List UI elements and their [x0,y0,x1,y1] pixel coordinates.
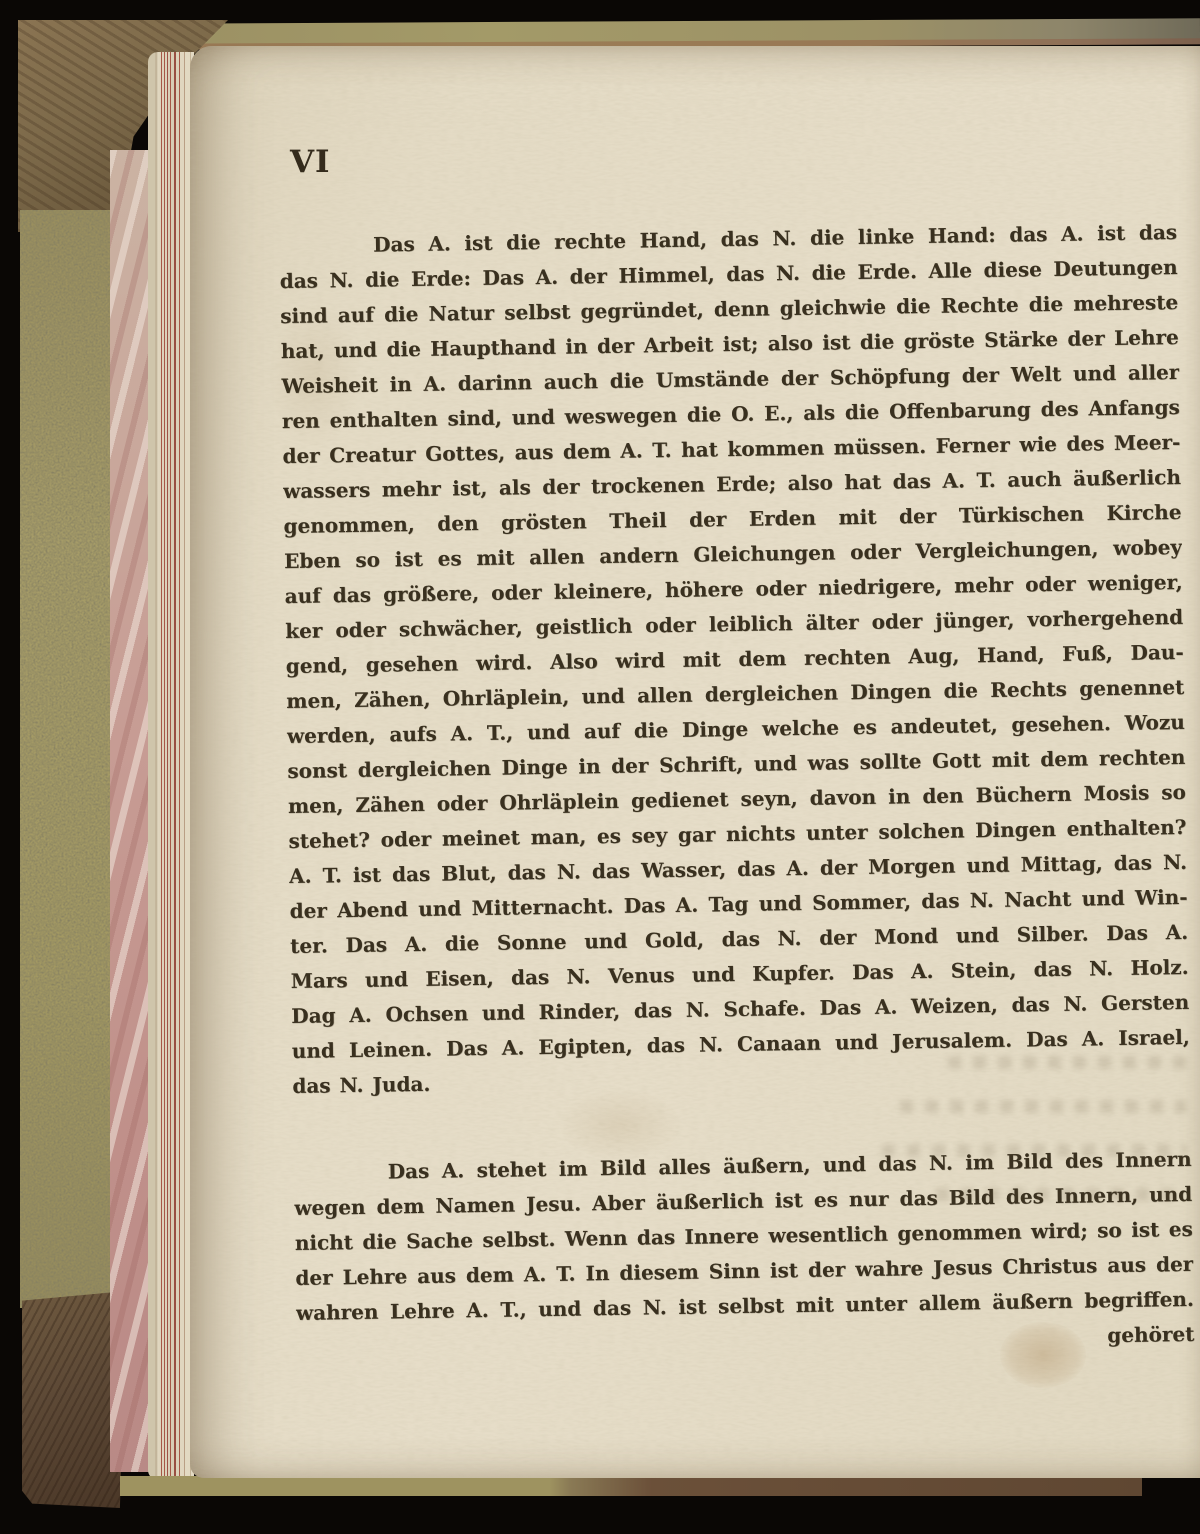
marbled-endpaper-strip [20,210,120,1308]
body-text: Das A. ist die rechte Hand, das N. die l… [279,215,1195,1366]
endpaper-speckle-texture [20,210,120,1308]
leather-cover-corner-bottom [22,1292,124,1508]
paragraph: Das A. stehet im Bild alles äußern, und … [293,1142,1194,1366]
scanned-book-photo: VI Das A. ist die rechte Hand, das N. di… [0,0,1200,1534]
book-bottom-edge [120,1476,1142,1496]
paragraph: Das A. ist die rechte Hand, das N. die l… [279,215,1191,1104]
book-page: VI Das A. ist die rechte Hand, das N. di… [190,46,1200,1478]
marbled-page-edge [110,150,152,1472]
page-stack-edges [148,52,194,1480]
page-number: VI [290,144,331,180]
